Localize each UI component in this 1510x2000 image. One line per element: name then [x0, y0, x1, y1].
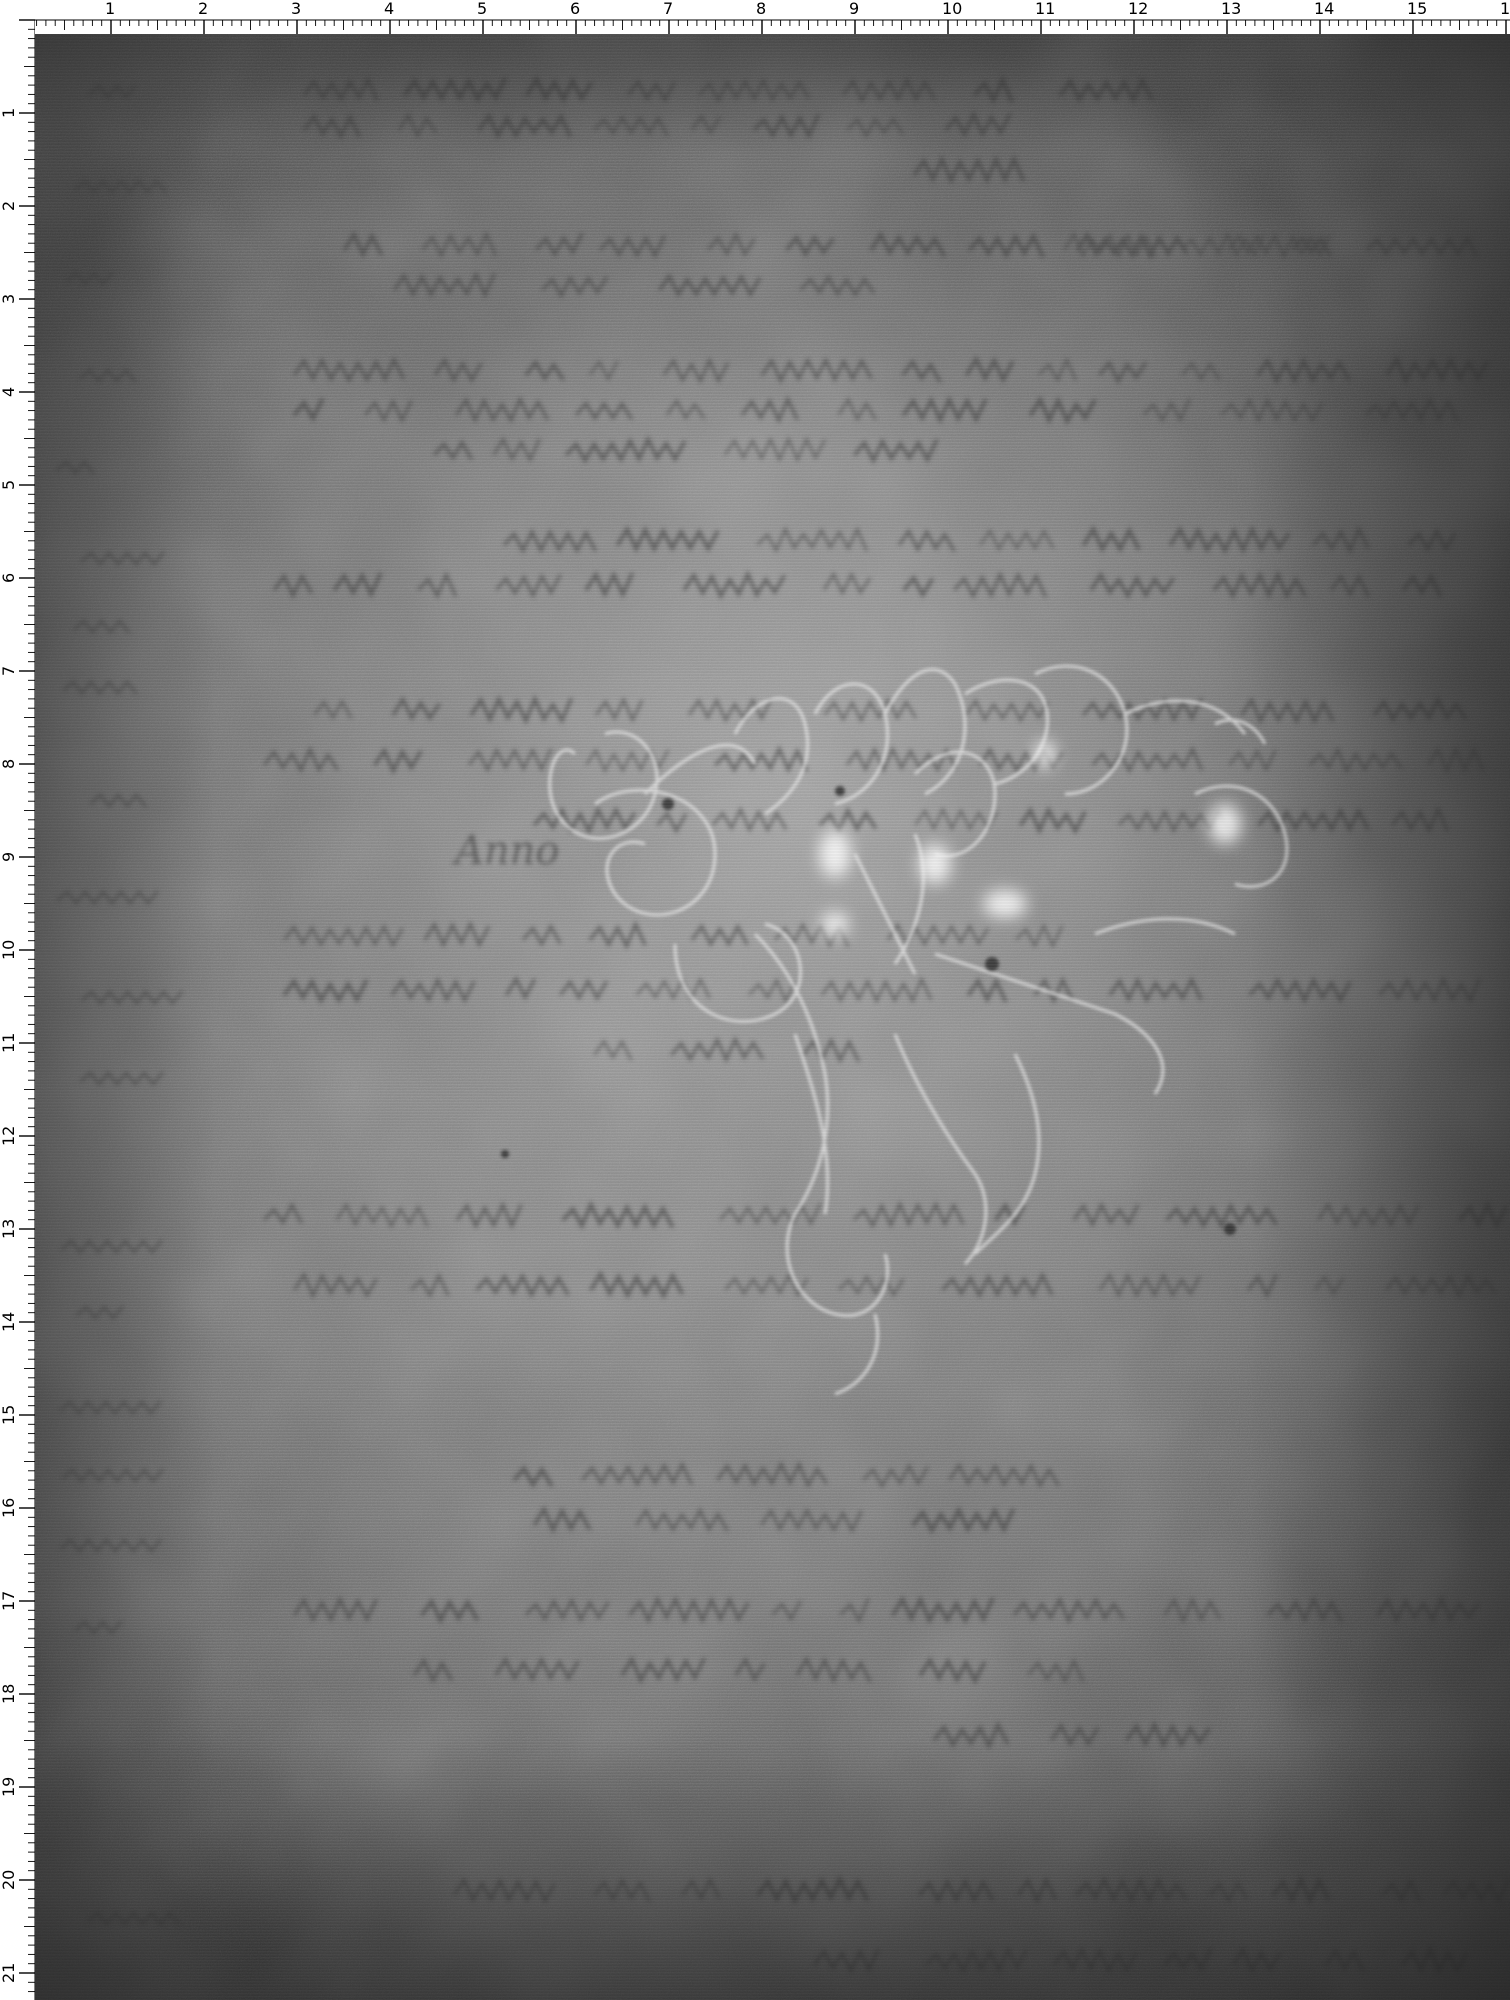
- ruler-label: 16: [0, 1498, 18, 1518]
- ruler-label: 15: [1407, 0, 1427, 18]
- ruler-label: 2: [198, 0, 208, 18]
- ruler-label: 7: [663, 0, 673, 18]
- vignette-right: [1250, 34, 1510, 2000]
- ruler-label: 19: [0, 1777, 18, 1797]
- vignette-top: [35, 34, 1510, 154]
- top-ruler: 01234567891011121314151: [0, 0, 1510, 34]
- ruler-label: 4: [0, 387, 18, 397]
- left-ruler: 123456789101112131415161718192021: [0, 0, 35, 2000]
- ruler-label: 15: [0, 1405, 18, 1425]
- ruler-label: 6: [570, 0, 580, 18]
- ruler-label: 8: [756, 0, 766, 18]
- ruler-label: 9: [0, 852, 18, 862]
- ruler-label: 17: [0, 1591, 18, 1611]
- ruler-label: 10: [0, 940, 18, 960]
- ruler-label: 12: [0, 1126, 18, 1146]
- ruler-label: 21: [0, 1963, 18, 1983]
- ruler-label: 6: [0, 573, 18, 583]
- ruler-label: 10: [942, 0, 962, 18]
- ruler-label: 3: [0, 294, 18, 304]
- ruler-label: 14: [0, 1312, 18, 1332]
- vignette-left: [35, 34, 215, 2000]
- ruler-label: 9: [849, 0, 859, 18]
- vignette-bottom: [35, 1740, 1510, 2000]
- left-ruler-ticks: 123456789101112131415161718192021: [0, 0, 35, 2000]
- ruler-label: 1: [1500, 0, 1510, 18]
- ruler-label: 1: [0, 108, 18, 118]
- ruler-label: 7: [0, 666, 18, 676]
- ruler-label: 11: [1035, 0, 1055, 18]
- ruler-label: 3: [291, 0, 301, 18]
- ruler-label: 11: [0, 1033, 18, 1053]
- ruler-label: 8: [0, 759, 18, 769]
- ruler-label: 14: [1314, 0, 1334, 18]
- manuscript-scan: Anno: [35, 34, 1510, 2000]
- top-ruler-ticks: 01234567891011121314151: [0, 0, 1510, 34]
- ruler-label: 2: [0, 201, 18, 211]
- ruler-label: 20: [0, 1870, 18, 1890]
- ruler-label: 12: [1128, 0, 1148, 18]
- ruler-label: 4: [384, 0, 394, 18]
- ruler-label: 13: [0, 1219, 18, 1239]
- ruler-label: 18: [0, 1684, 18, 1704]
- ruler-label: 5: [477, 0, 487, 18]
- ruler-label: 1: [105, 0, 115, 18]
- ruler-label: 5: [0, 480, 18, 490]
- ruler-label: 13: [1221, 0, 1241, 18]
